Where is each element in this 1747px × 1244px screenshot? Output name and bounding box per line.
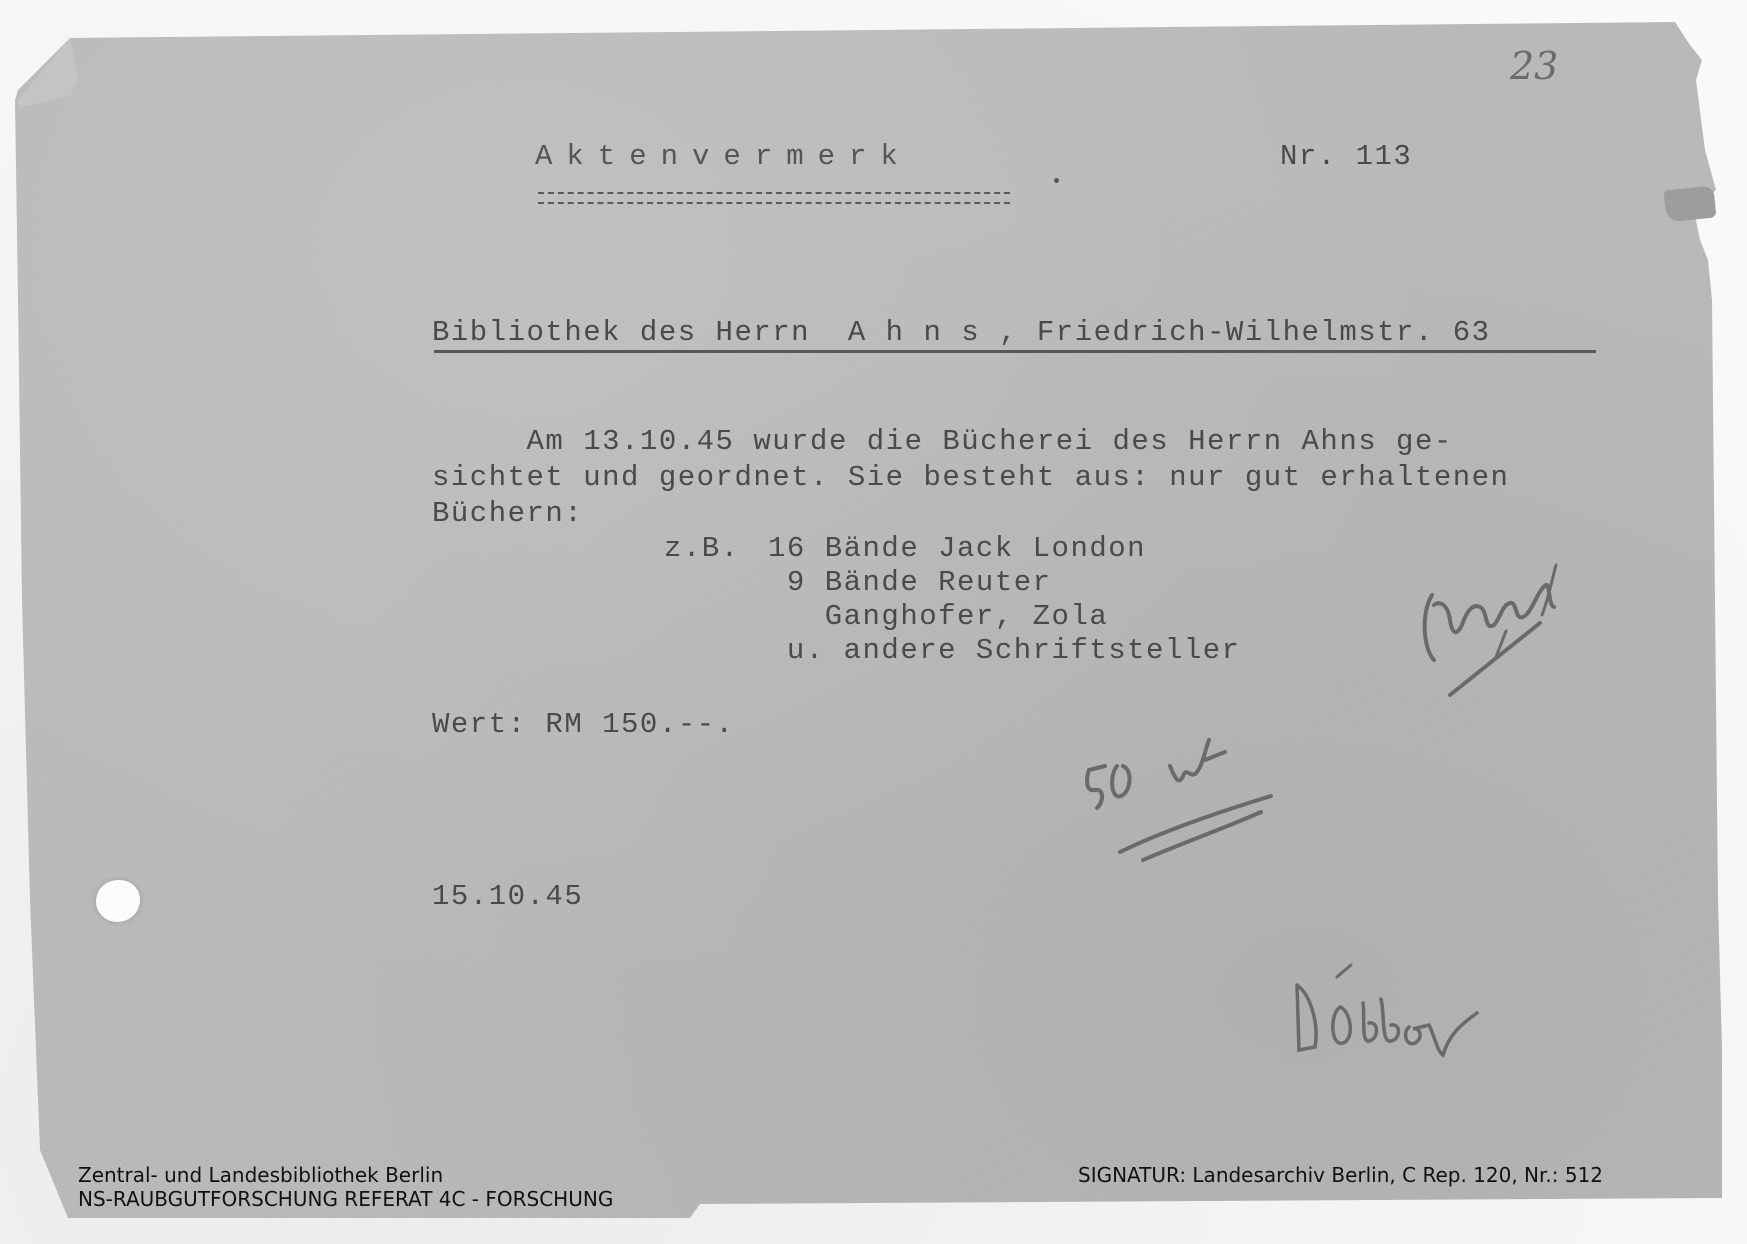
book-list-item: u. andere Schriftsteller (768, 634, 1241, 667)
book-list-item: 9 Bände Reuter (768, 566, 1052, 599)
book-list-item: Ganghofer, Zola (768, 600, 1108, 633)
book-list-prefix: z.B. (664, 532, 740, 565)
handwritten-amount-note (1075, 730, 1295, 870)
body-line-1: Am 13.10.45 wurde die Bücherei des Herrn… (432, 425, 1453, 458)
book-list-item: 16 Bände Jack London (768, 532, 1146, 565)
ink-dot (1054, 178, 1059, 183)
body-line-2: sichtet und geordnet. Sie besteht aus: n… (432, 461, 1509, 494)
footer-department: NS-RAUBGUTFORSCHUNG REFERAT 4C - FORSCHU… (78, 1187, 613, 1211)
torn-edge-flap (1663, 185, 1716, 222)
document-number: Nr. 113 (1280, 140, 1412, 173)
document-subject: Bibliothek des Herrn A h n s , Friedrich… (432, 316, 1491, 349)
handwritten-page-number: 23 (1510, 44, 1558, 88)
footer-archive-signature: SIGNATUR: Landesarchiv Berlin, C Rep. 12… (1078, 1163, 1603, 1187)
subject-underline (434, 350, 1596, 353)
value-line: Wert: RM 150.--. (432, 708, 734, 741)
handwritten-signature (1285, 955, 1485, 1065)
handwritten-margin-note (1410, 545, 1600, 705)
document-heading: Aktenvermerk (535, 140, 912, 173)
heading-double-underline (538, 192, 1010, 204)
body-line-3: Büchern: (432, 497, 583, 530)
footer-institution: Zentral- und Landesbibliothek Berlin (78, 1163, 443, 1187)
document-date: 15.10.45 (432, 880, 583, 913)
